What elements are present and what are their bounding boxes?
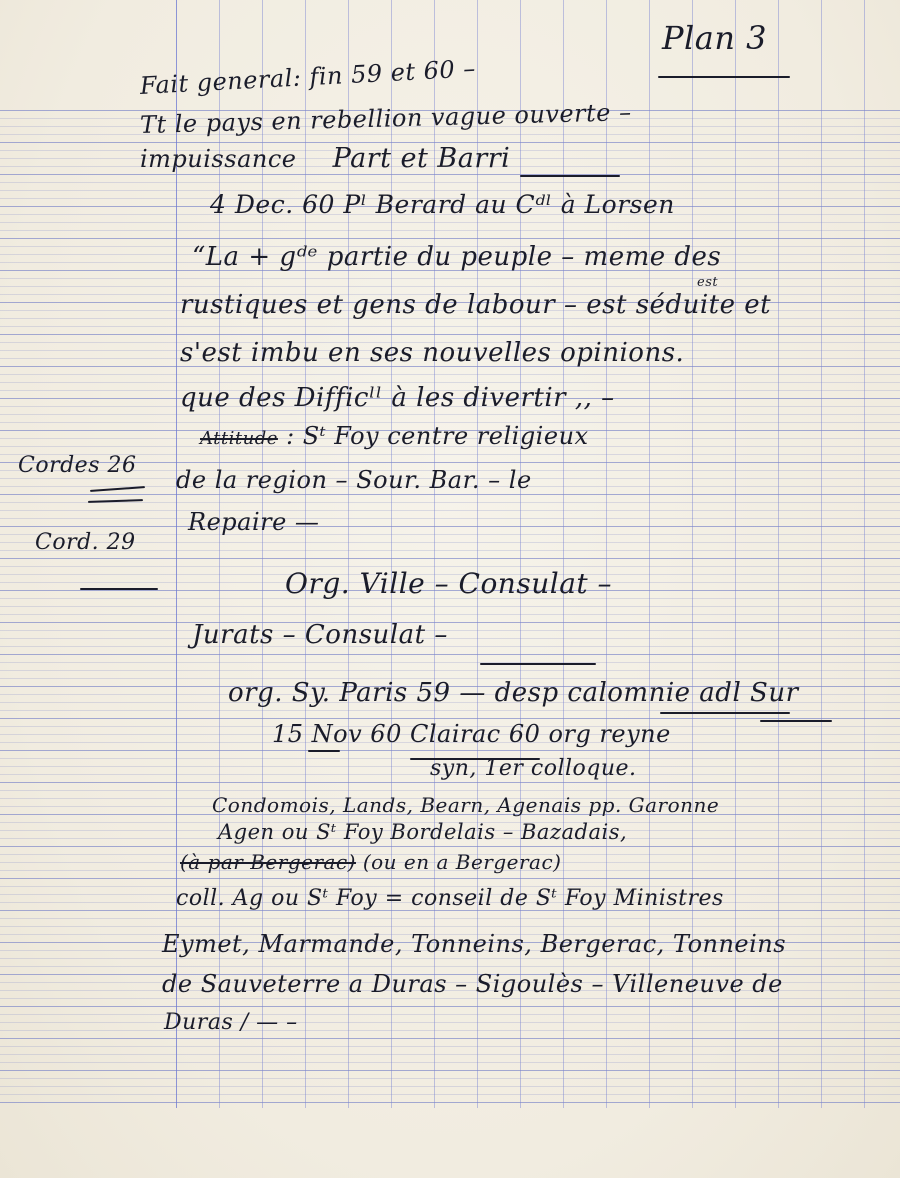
line-8: que des Difficˡˡ à les divertir ,, – [180, 385, 615, 411]
nov60-underline [308, 750, 340, 752]
consulat-underline [480, 663, 596, 665]
line-14: org. Sy. Paris 59 — desp calomnie adl Su… [228, 680, 799, 706]
line-11: Repaire — [188, 510, 319, 534]
line-17: Condomois, Lands, Bearn, Agenais pp. Gar… [212, 795, 719, 815]
line-13: Jurats – Consulat – [192, 622, 448, 648]
line-6-superscript: est [697, 276, 718, 289]
line-9-struck: Attitude [200, 428, 278, 449]
line-7: s'est imbu en ses nouvelles opinions. [180, 340, 684, 366]
margin-note-cord-29: Cord. 29 [35, 532, 136, 554]
line-15: 15 Nov 60 Clairac 60 org reyne [272, 722, 671, 746]
line-9: Attitude : Sᵗ Foy centre religieux [200, 424, 589, 448]
line-3-emphasis: Part et Barri [333, 143, 511, 174]
line-19-struck: (à par Bergerac) [180, 850, 356, 874]
line-19-text: (ou en a Bergerac) [363, 850, 562, 874]
title-underline [658, 76, 790, 78]
line-4: 4 Dec. 60 Pˡ Berard au Cᵈˡ à Lorsen [210, 192, 675, 217]
line-3-text: impuissance [140, 145, 296, 173]
barri-underline [520, 175, 620, 177]
orgreyne-underline [760, 720, 832, 722]
line-9-text: : Sᵗ Foy centre religieux [286, 422, 589, 450]
line-20: coll. Ag ou Sᵗ Foy = conseil de Sᵗ Foy M… [176, 888, 724, 910]
line-6: rustiques et gens de labour – est séduit… [180, 292, 771, 318]
line-21: Eymet, Marmande, Tonneins, Bergerac, Ton… [162, 932, 786, 956]
line-22: de Sauveterre a Duras – Sigoulès – Ville… [162, 972, 783, 996]
line-5: “La + gᵈᵉ partie du peuple – meme des [192, 244, 721, 270]
line-16: syn, 1er colloque. [430, 758, 637, 780]
page-title: Plan 3 [662, 22, 767, 54]
margin-note-cordes-26: Cordes 26 [18, 455, 136, 477]
line-3: impuissance Part et Barri [140, 145, 510, 172]
line-12: Org. Ville – Consulat – [285, 570, 612, 598]
margin-bracket-line [80, 588, 158, 590]
line-10: de la region – Sour. Bar. – le [176, 468, 532, 492]
line-19: (à par Bergerac) (ou en a Bergerac) [180, 852, 561, 872]
line-18: Agen ou Sᵗ Foy Bordelais – Bazadais, [218, 822, 627, 843]
calomnie-underline [660, 712, 790, 714]
line-23: Duras / — – [164, 1012, 298, 1034]
